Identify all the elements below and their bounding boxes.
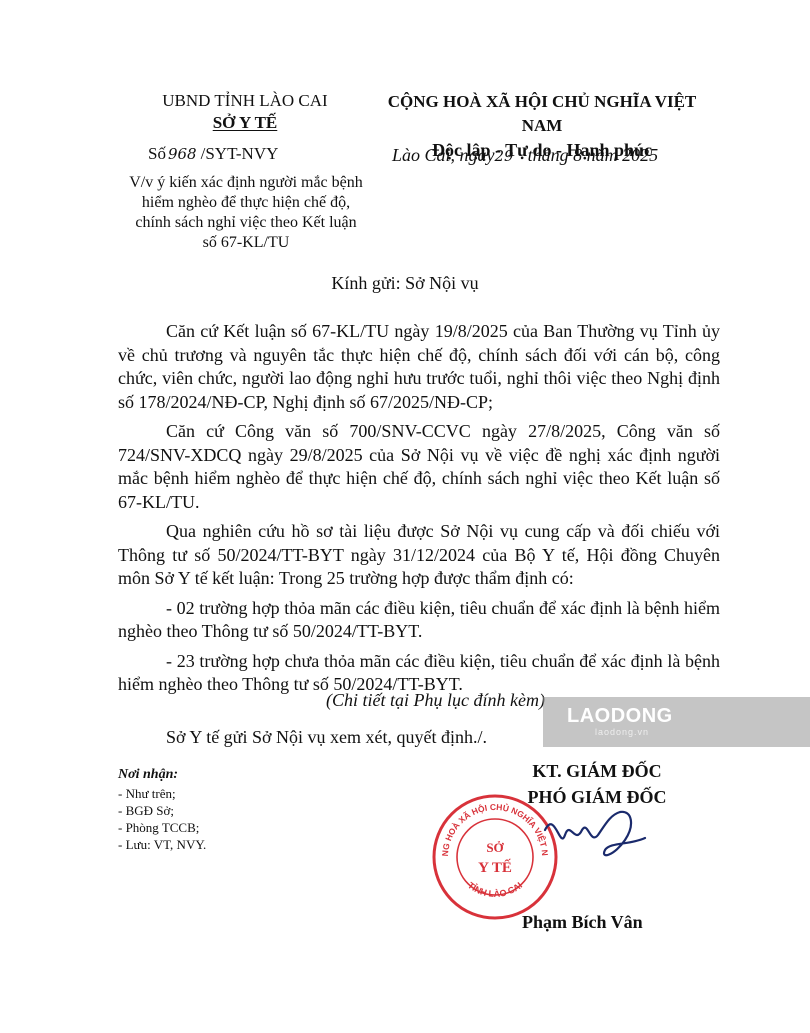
closing-statement: Sở Y tế gửi Sở Nội vụ xem xét, quyết địn… <box>166 727 487 748</box>
place-date-suffix: tháng 8 năm 2025 <box>528 145 659 165</box>
paragraph-conclusion: Qua nghiên cứu hồ sơ tài liệu được Sở Nộ… <box>118 520 720 591</box>
number-prefix: Số <box>148 144 166 163</box>
recipients-title: Nơi nhận: <box>118 766 206 783</box>
country-name: CỘNG HOÀ XÃ HỘI CHỦ NGHĨA VIỆT NAM <box>372 90 712 138</box>
watermark-logo: LAODONG <box>567 705 673 728</box>
number-handwritten: 968 <box>168 145 197 163</box>
signature-title-1: KT. GIÁM ĐỐC <box>462 758 732 784</box>
signer-name: Phạm Bích Vân <box>522 912 643 933</box>
recipient-item: - Phòng TCCB; <box>118 819 206 836</box>
appendix-note: (Chi tiết tại Phụ lục đính kèm) <box>0 690 545 711</box>
place-date-prefix: Lào Cai, ngày <box>392 145 495 165</box>
issuer-header: UBND TỈNH LÀO CAI SỞ Y TẾ <box>120 90 370 134</box>
issuer-department: SỞ Y TẾ <box>120 112 370 134</box>
handwritten-signature-icon <box>540 800 650 870</box>
issuer-organization: UBND TỈNH LÀO CAI <box>120 90 370 112</box>
paragraph-basis-2: Căn cứ Công văn số 700/SNV-CCVC ngày 27/… <box>118 420 720 514</box>
recipient-item: - Lưu: VT, NVY. <box>118 836 206 853</box>
laodong-watermark: LAODONG laodong.vn <box>543 697 810 747</box>
document-subject: V/v ý kiến xác định người mắc bệnh hiểm … <box>128 173 364 253</box>
document-body: Căn cứ Kết luận số 67-KL/TU ngày 19/8/20… <box>118 320 720 703</box>
svg-text:Y TẾ: Y TẾ <box>478 859 512 876</box>
document-number: Số968/SYT-NVY <box>148 144 278 164</box>
day-handwritten: 29 <box>495 147 514 165</box>
recipient-item: - Như trên; <box>118 785 206 802</box>
recipients-list: Nơi nhận: - Như trên; - BGĐ Sở; - Phòng … <box>118 766 206 853</box>
svg-text:TỈNH LÀO CAI: TỈNH LÀO CAI <box>466 880 524 899</box>
place-date: Lào Cai, ngày29tháng 8 năm 2025 <box>392 145 658 166</box>
watermark-sub: laodong.vn <box>595 727 649 737</box>
paragraph-basis-1: Căn cứ Kết luận số 67-KL/TU ngày 19/8/20… <box>118 320 720 414</box>
greeting: Kính gửi: Sở Nội vụ <box>0 273 810 294</box>
svg-text:SỞ: SỞ <box>486 840 504 855</box>
paragraph-qualified: - 02 trường hợp thỏa mãn các điều kiện, … <box>118 597 720 644</box>
number-suffix: /SYT-NVY <box>201 144 279 163</box>
recipient-item: - BGĐ Sở; <box>118 802 206 819</box>
